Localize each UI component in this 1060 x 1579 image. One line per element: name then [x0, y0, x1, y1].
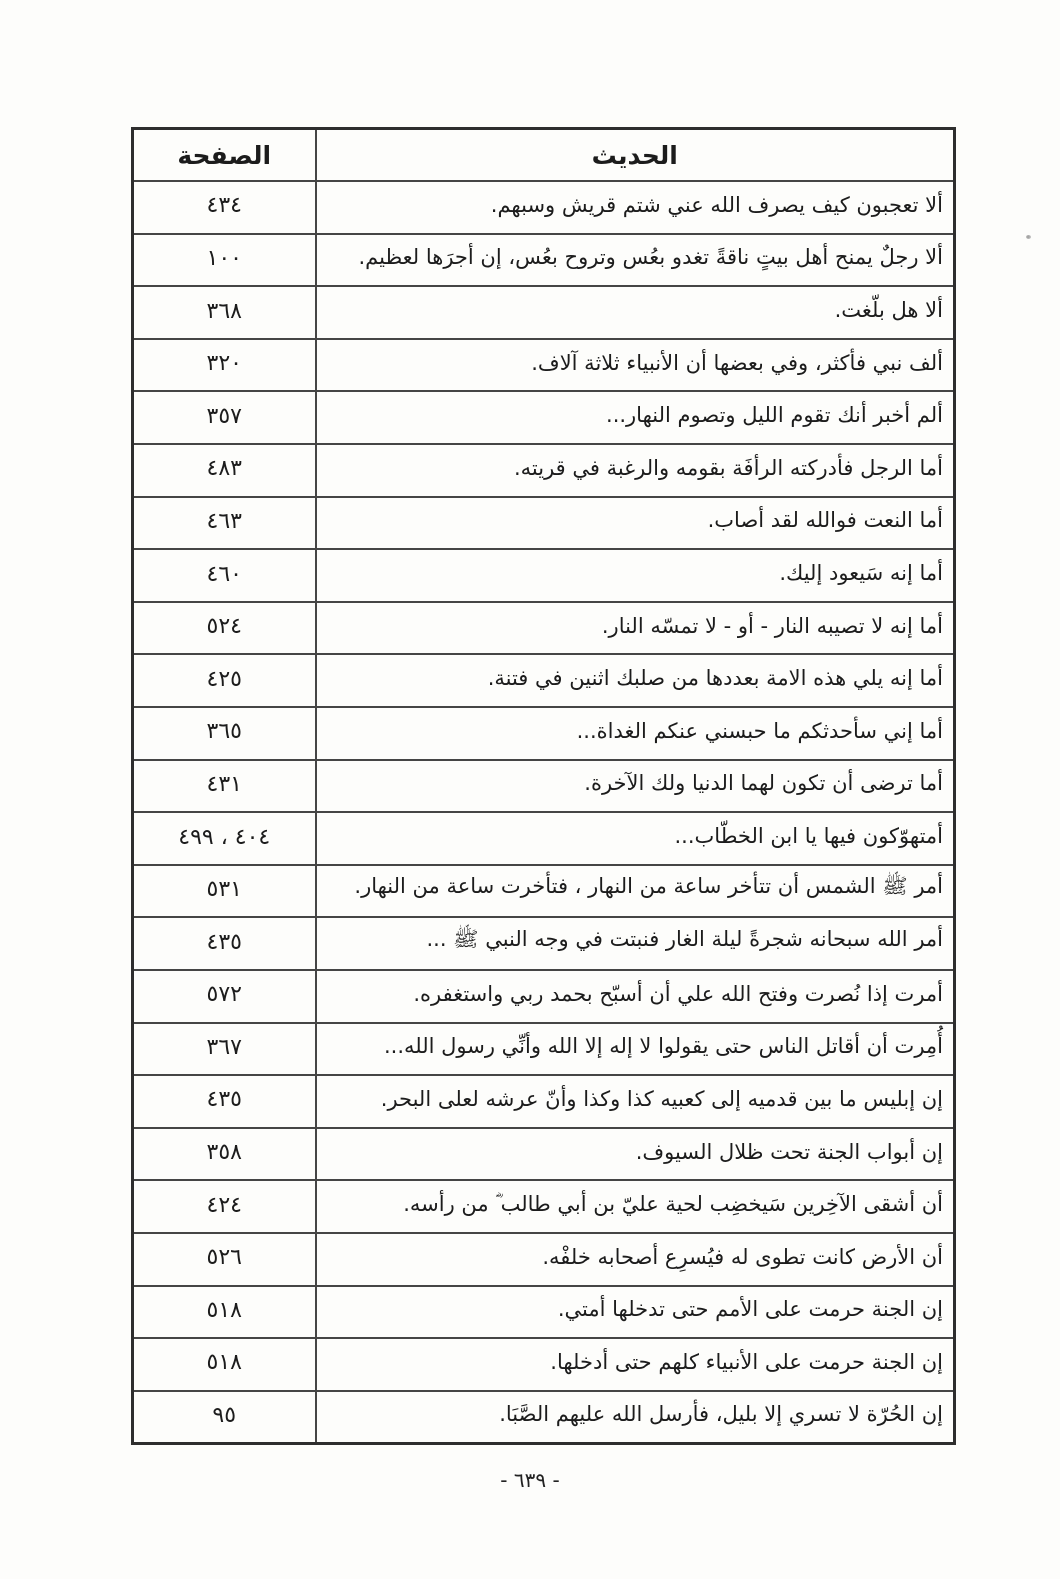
table-row: أما النعت فوالله لقد أصاب. ٤٦٣	[133, 497, 955, 550]
page-cell: ٤٢٥	[133, 654, 316, 707]
hadith-table-body: ألا تعجبون كيف يصرف الله عني شتم قريش وس…	[133, 181, 955, 1443]
page-cell: ٣٥٨	[133, 1128, 316, 1181]
page-cell: ٣٦٧	[133, 1023, 316, 1076]
table-row: أما الرجل فأدركته الرأفَة بقومه والرغبة …	[133, 444, 955, 497]
hadith-cell: إن الجنة حرمت على الأمم حتى تدخلها أمتي.	[316, 1286, 955, 1339]
table-row: إن الحُرّة لا تسري إلا بليل، فأرسل الله …	[133, 1391, 955, 1444]
hadith-column-header: الحديث	[316, 129, 955, 182]
table-row: أن الأرض كانت تطوى له فيُسرِع أصحابه خلف…	[133, 1233, 955, 1286]
table-row: أما إنه لا تصيبه النار - أو - لا تمسّه ا…	[133, 602, 955, 655]
table-row: أما إنه يلي هذه الامة بعددها من صلبك اثن…	[133, 654, 955, 707]
page-cell: ٥٧٢	[133, 970, 316, 1023]
page-cell: ٥٢٦	[133, 1233, 316, 1286]
hadith-cell: إن أبواب الجنة تحت ظلال السيوف.	[316, 1128, 955, 1181]
table-row: أما إنه سَيعود إليك. ٤٦٠	[133, 549, 955, 602]
hadith-cell: إن الحُرّة لا تسري إلا بليل، فأرسل الله …	[316, 1391, 955, 1444]
scan-speck	[1026, 235, 1031, 239]
hadith-cell: أما إنه يلي هذه الامة بعددها من صلبك اثن…	[316, 654, 955, 707]
page-cell: ٣٢٠	[133, 339, 316, 392]
scanned-book-page: { "colors": { "paper": "#fdfdfb", "ink":…	[0, 0, 1060, 1579]
table-row: ألف نبي فأكثر، وفي بعضها أن الأنبياء ثلا…	[133, 339, 955, 392]
table-row: أن أشقى الآخِرين سَيخضِب لحية عليّ بن أب…	[133, 1180, 955, 1233]
page-cell: ٤٠٤ ، ٤٩٩	[133, 812, 316, 865]
hadith-cell: أُمِرت أن أقاتل الناس حتى يقولوا لا إله …	[316, 1023, 955, 1076]
table-row: أمرت إذا نُصرت وفتح الله علي أن أسبّح بح…	[133, 970, 955, 1023]
hadith-cell: ألف نبي فأكثر، وفي بعضها أن الأنبياء ثلا…	[316, 339, 955, 392]
header-row: الحديث الصفحة	[133, 129, 955, 182]
table-row: ألا هل بلّغت. ٣٦٨	[133, 286, 955, 339]
page-cell: ٣٦٨	[133, 286, 316, 339]
page-number-footer: - ٦٣٩ -	[0, 1468, 1060, 1492]
hadith-cell: أما إنه سَيعود إليك.	[316, 549, 955, 602]
table-row: ألا رجلٌ يمنح أهل بيتٍ ناقةً تغدو بعُس و…	[133, 234, 955, 287]
hadith-index-table: الحديث الصفحة ألا تعجبون كيف يصرف الله ع…	[131, 127, 956, 1445]
hadith-cell: أن أشقى الآخِرين سَيخضِب لحية عليّ بن أب…	[316, 1180, 955, 1233]
hadith-cell: ألم أخبر أنك تقوم الليل وتصوم النهار...	[316, 391, 955, 444]
page-cell: ٤٢٤	[133, 1180, 316, 1233]
hadith-cell: إن إبليس ما بين قدميه إلى كعبيه كذا وكذا…	[316, 1075, 955, 1128]
hadith-cell: أمتهوّكون فيها يا ابن الخطّاب...	[316, 812, 955, 865]
table-header: الحديث الصفحة	[133, 129, 955, 182]
page-cell: ٤٣١	[133, 760, 316, 813]
page-cell: ٥١٨	[133, 1286, 316, 1339]
table-row: أمر ﷺ الشمس أن تتأخر ساعة من النهار ، فت…	[133, 865, 955, 918]
table-row: أمر الله سبحانه شجرةً ليلة الغار فنبتت ف…	[133, 917, 955, 970]
hadith-cell: أمرت إذا نُصرت وفتح الله علي أن أسبّح بح…	[316, 970, 955, 1023]
page-cell: ٣٦٥	[133, 707, 316, 760]
table-row: إن الجنة حرمت على الأنبياء كلهم حتى أدخل…	[133, 1338, 955, 1391]
hadith-cell: أن الأرض كانت تطوى له فيُسرِع أصحابه خلف…	[316, 1233, 955, 1286]
page-cell: ٩٥	[133, 1391, 316, 1444]
table-row: إن أبواب الجنة تحت ظلال السيوف. ٣٥٨	[133, 1128, 955, 1181]
hadith-cell: ألا تعجبون كيف يصرف الله عني شتم قريش وس…	[316, 181, 955, 234]
hadith-cell: أما إنه لا تصيبه النار - أو - لا تمسّه ا…	[316, 602, 955, 655]
page-cell: ٤٦٣	[133, 497, 316, 550]
page-cell: ٥٣١	[133, 865, 316, 918]
table-row: أما ترضى أن تكون لهما الدنيا ولك الآخرة.…	[133, 760, 955, 813]
table-row: أما إني سأحدثكم ما حبسني عنكم الغداة... …	[133, 707, 955, 760]
page-cell: ٤٦٠	[133, 549, 316, 602]
table-row: أمتهوّكون فيها يا ابن الخطّاب... ٤٠٤ ، ٤…	[133, 812, 955, 865]
page-cell: ٤٨٣	[133, 444, 316, 497]
hadith-index-table-container: الحديث الصفحة ألا تعجبون كيف يصرف الله ع…	[134, 127, 956, 1445]
hadith-cell: ألا رجلٌ يمنح أهل بيتٍ ناقةً تغدو بعُس و…	[316, 234, 955, 287]
page-cell: ٥٢٤	[133, 602, 316, 655]
table-row: أُمِرت أن أقاتل الناس حتى يقولوا لا إله …	[133, 1023, 955, 1076]
hadith-cell: أمر ﷺ الشمس أن تتأخر ساعة من النهار ، فت…	[316, 865, 955, 918]
page-cell: ١٠٠	[133, 234, 316, 287]
page-cell: ٤٣٤	[133, 181, 316, 234]
page-column-header: الصفحة	[133, 129, 316, 182]
page-cell: ٥١٨	[133, 1338, 316, 1391]
hadith-cell: أمر الله سبحانه شجرةً ليلة الغار فنبتت ف…	[316, 917, 955, 970]
table-row: إن إبليس ما بين قدميه إلى كعبيه كذا وكذا…	[133, 1075, 955, 1128]
hadith-cell: أما ترضى أن تكون لهما الدنيا ولك الآخرة.	[316, 760, 955, 813]
table-row: ألا تعجبون كيف يصرف الله عني شتم قريش وس…	[133, 181, 955, 234]
table-row: إن الجنة حرمت على الأمم حتى تدخلها أمتي.…	[133, 1286, 955, 1339]
hadith-cell: أما الرجل فأدركته الرأفَة بقومه والرغبة …	[316, 444, 955, 497]
hadith-cell: ألا هل بلّغت.	[316, 286, 955, 339]
hadith-cell: إن الجنة حرمت على الأنبياء كلهم حتى أدخل…	[316, 1338, 955, 1391]
page-cell: ٤٣٥	[133, 1075, 316, 1128]
page-cell: ٤٣٥	[133, 917, 316, 970]
hadith-cell: أما إني سأحدثكم ما حبسني عنكم الغداة...	[316, 707, 955, 760]
hadith-cell: أما النعت فوالله لقد أصاب.	[316, 497, 955, 550]
table-row: ألم أخبر أنك تقوم الليل وتصوم النهار... …	[133, 391, 955, 444]
page-cell: ٣٥٧	[133, 391, 316, 444]
